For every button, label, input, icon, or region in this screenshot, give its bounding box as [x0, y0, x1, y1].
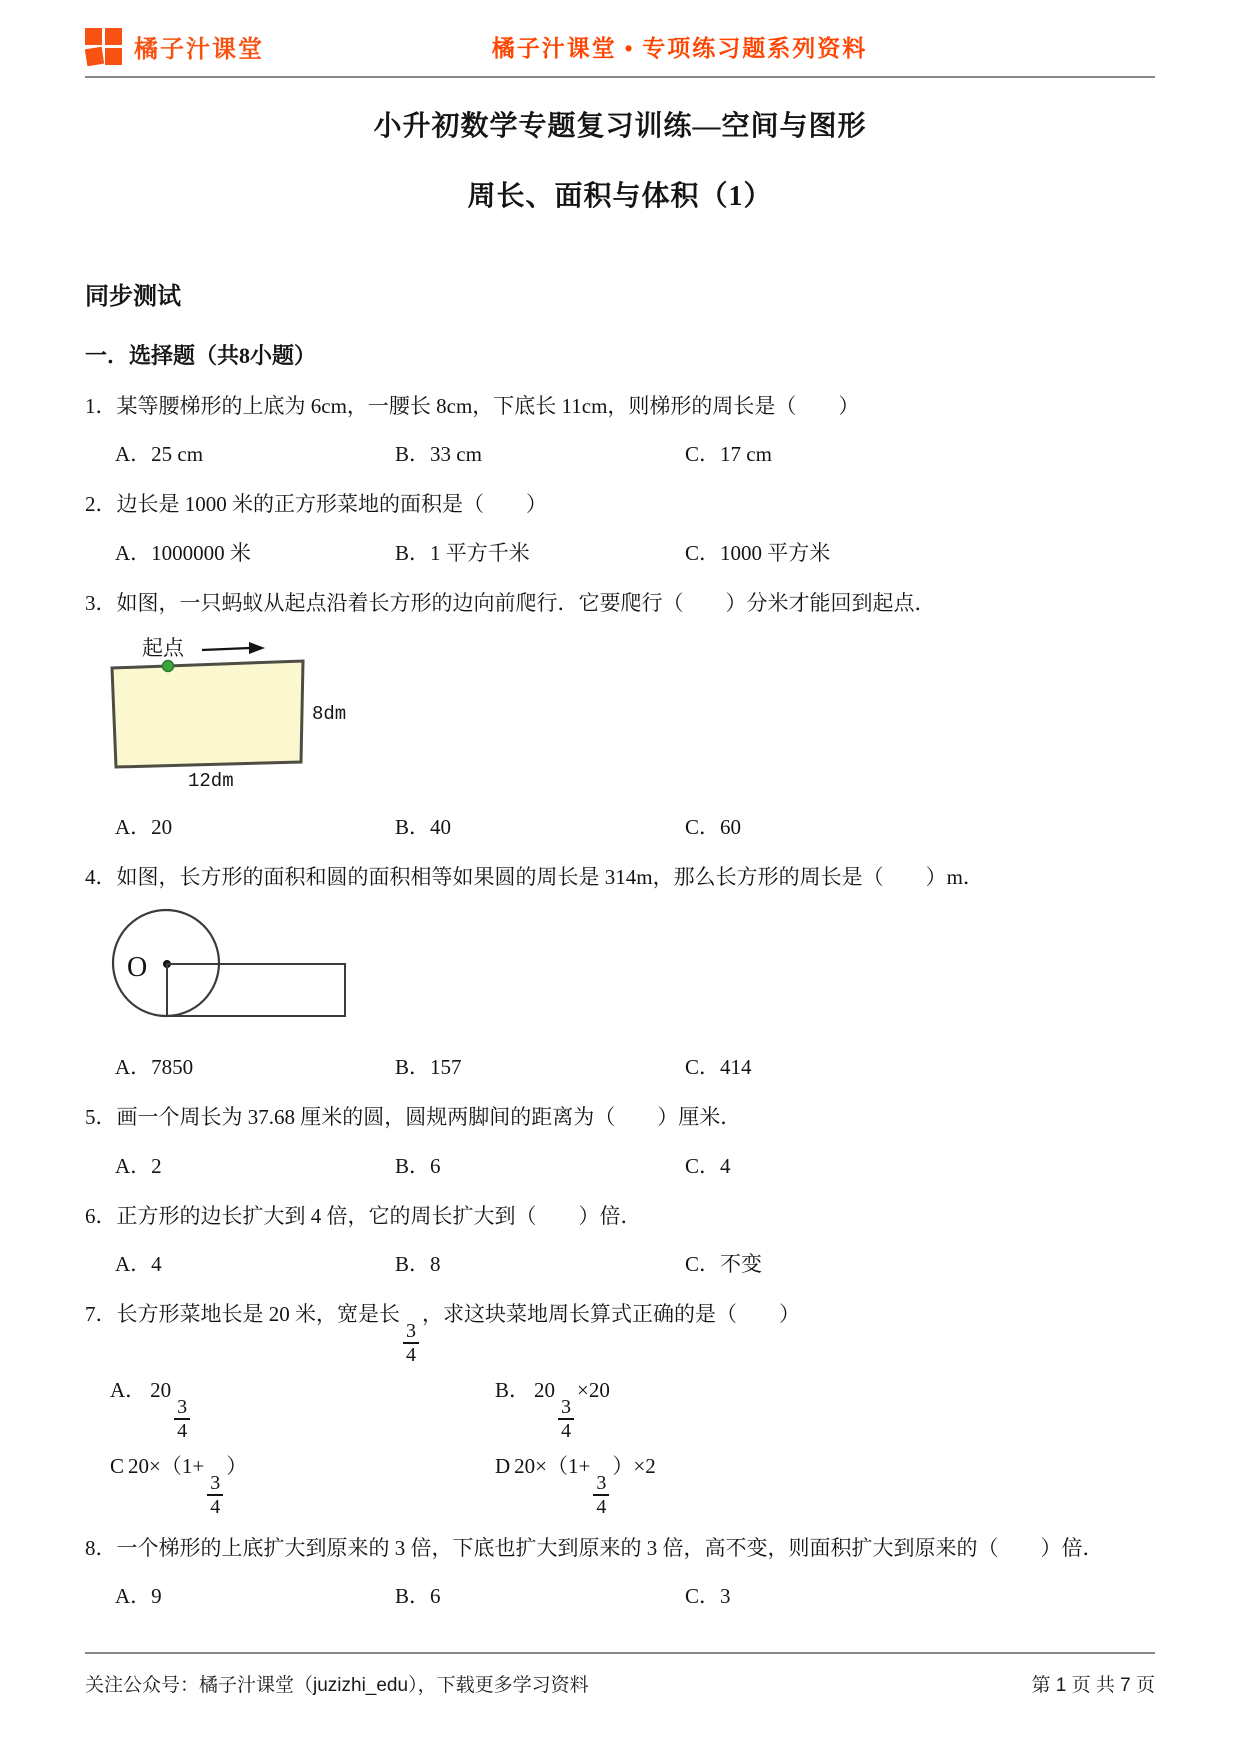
option-a: A．7850	[115, 1051, 395, 1081]
option-b: B．157	[395, 1051, 685, 1081]
fraction: 34	[593, 1472, 609, 1518]
logo-text: 橘子汁课堂	[134, 29, 264, 64]
page-number: 第 1 页 共 7 页	[1031, 1670, 1155, 1697]
side-length-label: 8dm	[312, 703, 346, 725]
option-a: A．25 cm	[115, 438, 395, 468]
option-c: C．17 cm	[685, 438, 1155, 468]
options-row: A．2034 B．2034×20	[110, 1374, 1155, 1442]
section-heading-choice: 一．选择题（共8小题）	[85, 339, 1155, 370]
option-d: D20×（1+34）×2	[495, 1450, 1155, 1518]
question-8: 8．一个梯形的上底扩大到原来的 3 倍，下底也扩大到原来的 3 倍，高不变，则面…	[85, 1534, 1155, 1610]
logo-squares-icon	[85, 26, 125, 66]
bottom-length-label: 12dm	[188, 770, 234, 792]
question-2: 2．边长是 1000 米的正方形菜地的面积是（ ） A．1000000 米 B．…	[85, 490, 1155, 566]
question-stem: 7．长方形菜地长是 20 米，宽是长34，求这块菜地周长算式正确的是（ ）	[85, 1300, 1155, 1366]
fraction: 34	[174, 1396, 190, 1442]
footer: 关注公众号：橘子汁课堂（juzizhi_edu），下载更多学习资料 第 1 页 …	[85, 1652, 1155, 1697]
option-c: C．3	[685, 1580, 1155, 1610]
question-1: 1．某等腰梯形的上底为 6cm，一腰长 8cm，下底长 11cm，则梯形的周长是…	[85, 392, 1155, 468]
question-5: 5．画一个周长为 37.68 厘米的圆，圆规两脚间的距离为（ ）厘米． A．2 …	[85, 1103, 1155, 1179]
question-stem: 2．边长是 1000 米的正方形菜地的面积是（ ）	[85, 490, 1155, 518]
header: 橘子汁课堂 橘子汁课堂 • 专项练习题系列资料	[85, 0, 1155, 78]
options-row: A．20 B．40 C．60	[115, 811, 1155, 841]
stem-text-post: ，求这块菜地周长算式正确的是（ ）	[422, 1302, 800, 1326]
option-b: B．40	[395, 811, 685, 841]
option-b: B．6	[395, 1580, 685, 1610]
option-b: B．1 平方千米	[395, 537, 685, 567]
option-a: A．20	[115, 811, 395, 841]
direction-arrow-icon	[202, 648, 250, 650]
options-row: A．7850 B．157 C．414	[115, 1051, 1155, 1081]
question-stem: 5．画一个周长为 37.68 厘米的圆，圆规两脚间的距离为（ ）厘米．	[85, 1103, 1155, 1131]
option-b: B．8	[395, 1248, 685, 1278]
section-subtitle: 同步测试	[85, 276, 1155, 311]
start-point-dot	[163, 661, 174, 672]
fraction: 34	[558, 1396, 574, 1442]
option-c: C20×（1+34）	[110, 1450, 495, 1518]
question-4: 4．如图，长方形的面积和圆的面积相等如果圆的周长是 314m，那么长方形的周长是…	[85, 863, 1155, 1081]
page-title-line-1: 小升初数学专题复习训练—空间与图形	[85, 104, 1155, 144]
option-a: A．2	[115, 1150, 395, 1180]
fraction-numerator: 3	[403, 1320, 419, 1344]
option-b: B．6	[395, 1150, 685, 1180]
options-row: A．4 B．8 C．不变	[115, 1248, 1155, 1278]
start-point-label: 起点	[142, 636, 185, 660]
options-row: A．25 cm B．33 cm C．17 cm	[115, 438, 1155, 468]
option-a: A．9	[115, 1580, 395, 1610]
options-row: A．9 B．6 C．3	[115, 1580, 1155, 1610]
option-c: C．1000 平方米	[685, 537, 1155, 567]
option-a: A．2034	[110, 1374, 495, 1442]
header-banner: 橘子汁课堂 • 专项练习题系列资料	[264, 30, 1155, 63]
option-b: B．33 cm	[395, 438, 685, 468]
question-stem: 3．如图，一只蚂蚁从起点沿着长方形的边向前爬行．它要爬行（ ）分米才能回到起点．	[85, 589, 1155, 617]
logo: 橘子汁课堂	[85, 26, 264, 66]
question-6: 6．正方形的边长扩大到 4 倍，它的周长扩大到（ ）倍． A．4 B．8 C．不…	[85, 1202, 1155, 1278]
question-stem: 6．正方形的边长扩大到 4 倍，它的周长扩大到（ ）倍．	[85, 1202, 1155, 1230]
worksheet-page: 橘子汁课堂 橘子汁课堂 • 专项练习题系列资料 小升初数学专题复习训练—空间与图…	[0, 0, 1240, 1754]
option-c: C．414	[685, 1051, 1155, 1081]
question-stem: 8．一个梯形的上底扩大到原来的 3 倍，下底也扩大到原来的 3 倍，高不变，则面…	[85, 1534, 1155, 1562]
circle-rectangle-figure: O	[95, 905, 385, 1027]
option-c: C．4	[685, 1150, 1155, 1180]
option-a: A．1000000 米	[115, 537, 395, 567]
page-title-line-2: 周长、面积与体积（1）	[85, 174, 1155, 214]
footer-note: 关注公众号：橘子汁课堂（juzizhi_edu），下载更多学习资料	[85, 1670, 589, 1697]
question-stem: 1．某等腰梯形的上底为 6cm，一腰长 8cm，下底长 11cm，则梯形的周长是…	[85, 392, 1155, 420]
options-row: A．1000000 米 B．1 平方千米 C．1000 平方米	[115, 537, 1155, 567]
fraction: 34	[403, 1320, 419, 1366]
direction-arrowhead-icon	[249, 642, 265, 654]
rectangle-path-figure: 起点 8dm 12dm	[90, 623, 430, 793]
option-b: B．2034×20	[495, 1374, 1155, 1442]
option-a: A．4	[115, 1248, 395, 1278]
option-c: C．不变	[685, 1248, 1155, 1278]
options-row: A．2 B．6 C．4	[115, 1150, 1155, 1180]
question-3: 3．如图，一只蚂蚁从起点沿着长方形的边向前爬行．它要爬行（ ）分米才能回到起点．…	[85, 589, 1155, 841]
fraction-denominator: 4	[403, 1344, 419, 1366]
circle-center-label: O	[127, 952, 147, 983]
question-stem: 4．如图，长方形的面积和圆的面积相等如果圆的周长是 314m，那么长方形的周长是…	[85, 863, 1155, 891]
option-c: C．60	[685, 811, 1155, 841]
stem-text-pre: 7．长方形菜地长是 20 米，宽是长	[85, 1302, 400, 1326]
options-row: C20×（1+34） D20×（1+34）×2	[110, 1450, 1155, 1518]
rectangle-shape	[112, 661, 303, 767]
question-7: 7．长方形菜地长是 20 米，宽是长34，求这块菜地周长算式正确的是（ ） A．…	[85, 1300, 1155, 1518]
fraction: 34	[207, 1472, 223, 1518]
